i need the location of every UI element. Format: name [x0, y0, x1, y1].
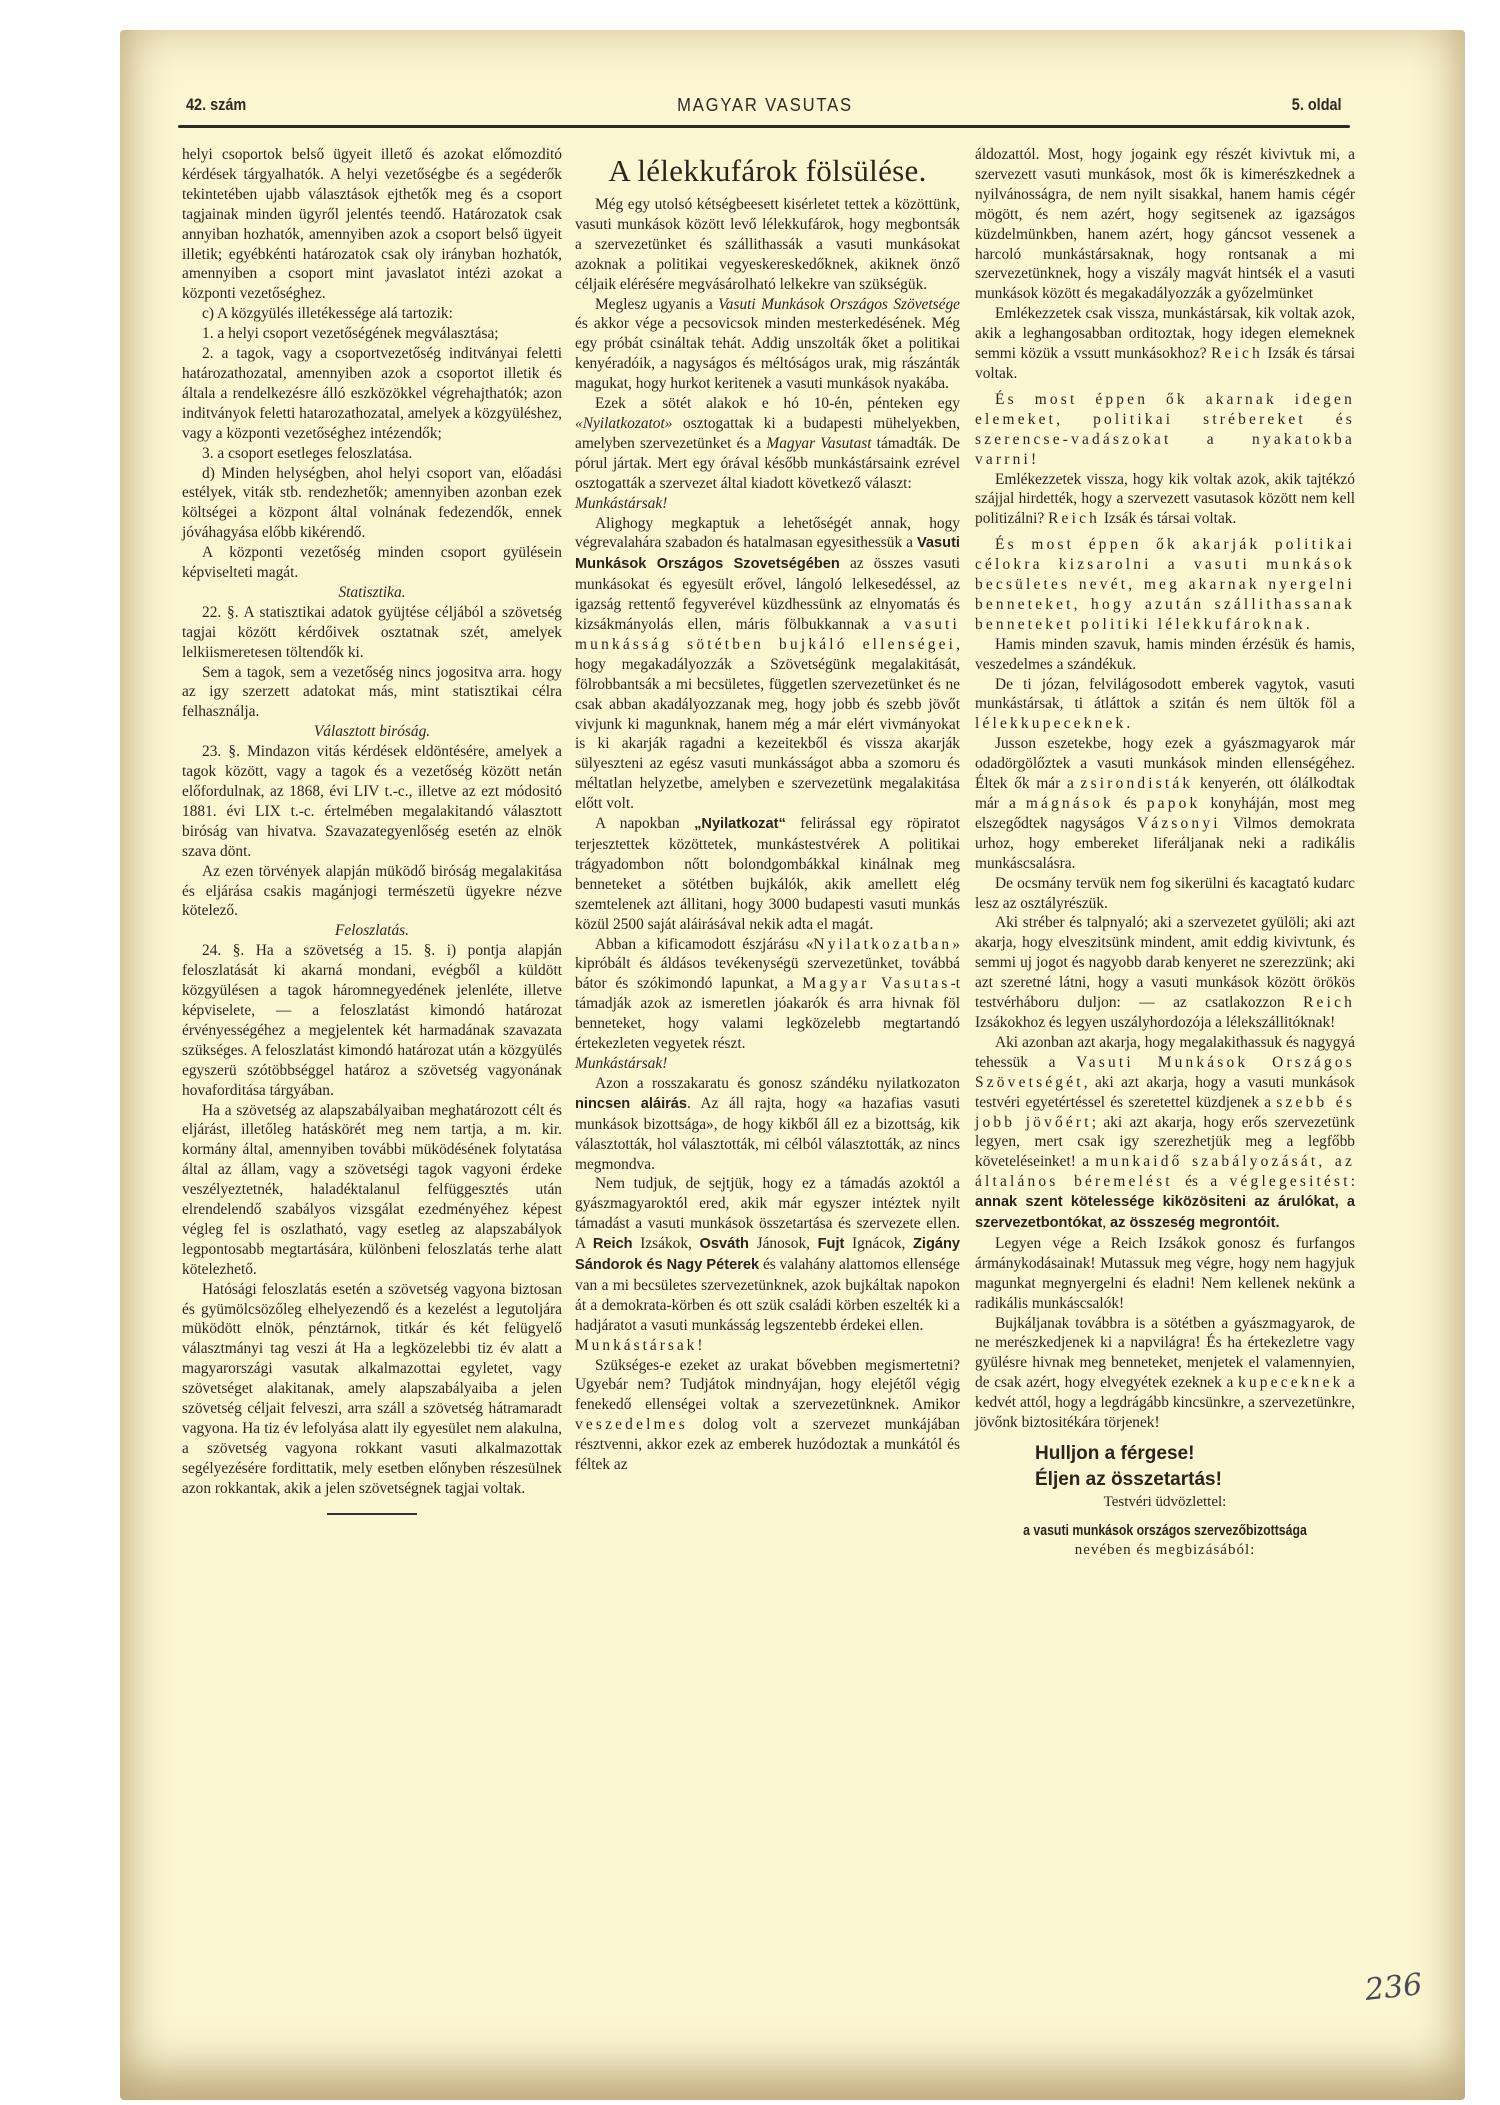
paragraph: Ha a szövetség az alapszabályaiban megha… — [182, 1101, 562, 1280]
signature: a vasuti munkások országos szervezőbizot… — [1009, 1521, 1321, 1541]
paragraph: Alighogy megkaptuk a lehetőségét annak, … — [575, 514, 960, 815]
paragraph: 3. a csoport esetleges feloszlatása. — [182, 444, 562, 464]
paragraph: Aki azonban azt akarja, hogy megalakitha… — [975, 1033, 1355, 1234]
section-heading-dissolution: Feloszlatás. — [182, 921, 562, 941]
salutation: Munkástársak! — [575, 1336, 960, 1356]
salutation: Munkástársak! — [575, 494, 960, 514]
paragraph: A központi vezetőség minden csoport gyül… — [182, 543, 562, 583]
newspaper-title: MAGYAR VASUTAS — [227, 95, 1303, 116]
paragraph: áldozattól. Most, hogy jogaink egy részé… — [975, 145, 1355, 304]
paragraph: 24. §. Ha a szövetség a 15. §. i) pontja… — [182, 941, 562, 1100]
paragraph: Abban a kificamodott észjárásu «Nyilatko… — [575, 935, 960, 1054]
paragraph: Legyen vége a Reich Izsákok gonosz és fu… — [975, 1234, 1355, 1314]
paragraph: Sem a tagok, sem a vezetőség nincs jogos… — [182, 663, 562, 723]
column-article-continued: áldozattól. Most, hogy jogaink egy részé… — [975, 145, 1355, 1561]
slogan: Éljen az összetartás! — [1035, 1467, 1355, 1493]
paragraph: És most éppen ők akarnak idegen elemeket… — [975, 390, 1355, 470]
paragraph: d) Minden helységben, ahol helyi csoport… — [182, 464, 562, 544]
end-rule — [327, 1513, 417, 1515]
paragraph: Jusson eszetekbe, hogy ezek a gyászmagya… — [975, 734, 1355, 873]
paragraph: De ti józan, felvilágosodott emberek vag… — [975, 675, 1355, 735]
paragraph: Aki stréber és talpnyaló; aki a szerveze… — [975, 913, 1355, 1032]
paragraph: De ocsmány tervük nem fog sikerülni és k… — [975, 874, 1355, 914]
paragraph: Még egy utolsó kétségbeesett kisérletet … — [575, 195, 960, 295]
paragraph: Meglesz ugyanis a Vasuti Munkások Ország… — [575, 295, 960, 395]
paragraph: c) A közgyülés illetékessége alá tartozi… — [182, 304, 562, 324]
paragraph: Az ezen törvények alapján müködő biróság… — [182, 862, 562, 922]
signature-subline: nevében és megbizásából: — [975, 1541, 1355, 1561]
page-number: 5. oldal — [1292, 95, 1342, 115]
paragraph: helyi csoportok belső ügyeit illető és a… — [182, 145, 562, 304]
article-headline: A lélekkufárok fölsülése. — [575, 153, 960, 189]
slogan: Hulljon a férgese! — [1035, 1441, 1355, 1467]
paragraph: 1. a helyi csoport vezetőségének megvála… — [182, 324, 562, 344]
greeting: Testvéri üdvözlettel: — [975, 1493, 1355, 1513]
paragraph: Bujkáljanak továbbra is a sötétben a gyá… — [975, 1314, 1355, 1433]
paragraph: És most éppen ők akarják politikai célok… — [975, 535, 1355, 635]
paragraph: Ezek a sötét alakok e hó 10-én, pénteken… — [575, 394, 960, 494]
paragraph: Emlékezzetek vissza, hogy kik voltak azo… — [975, 470, 1355, 530]
paragraph: Hatósági feloszlatás esetén a szövetség … — [182, 1280, 562, 1499]
paragraph: A napokban „Nyilatkozat“ felirással egy … — [575, 814, 960, 934]
salutation: Munkástársak! — [575, 1054, 960, 1074]
column-statutes: helyi csoportok belső ügyeit illető és a… — [182, 145, 562, 1529]
paragraph: Nem tudjuk, de sejtjük, hogy ez a támadá… — [575, 1174, 960, 1335]
paragraph: Szükséges-e ezeket az urakat bővebben me… — [575, 1356, 960, 1475]
section-heading-statistics: Statisztika. — [182, 583, 562, 603]
paragraph: Emlékezzetek csak vissza, munkástársak, … — [975, 304, 1355, 384]
handwritten-archive-number: 236 — [1363, 1967, 1424, 2008]
section-heading-arbitration: Választott biróság. — [182, 722, 562, 742]
paragraph: 2. a tagok, vagy a csoportvezetőség indi… — [182, 344, 562, 444]
paragraph: 23. §. Mindazon vitás kérdések eldöntésé… — [182, 742, 562, 861]
column-article: A lélekkufárok fölsülése. Még egy utolsó… — [575, 145, 960, 1475]
masthead: 42. szám MAGYAR VASUTAS 5. oldal — [180, 95, 1350, 125]
paragraph: Azon a rosszakaratu és gonosz szándéku n… — [575, 1074, 960, 1175]
paragraph: 22. §. A statisztikai adatok gyüjtése cé… — [182, 603, 562, 663]
paragraph: Hamis minden szavuk, hamis minden érzésü… — [975, 635, 1355, 675]
masthead-rule — [178, 125, 1350, 128]
